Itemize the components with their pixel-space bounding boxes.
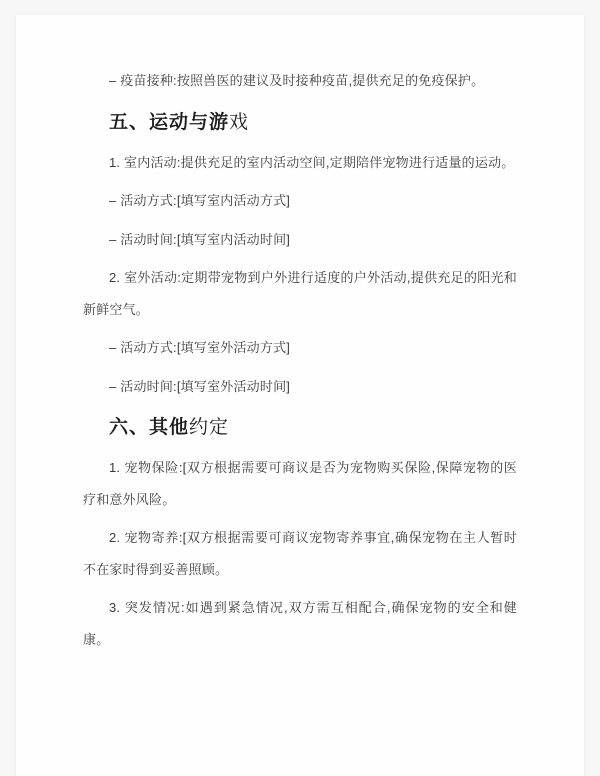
list-item-outdoor-activity-time: – 活动时间:[填写室外活动时间] — [83, 371, 517, 403]
paragraph-pet-boarding: 2. 宠物寄养:[双方根据需要可商议宠物寄养事宜,确保宠物在主人暂时不在家时得到… — [83, 522, 517, 585]
heading-text-regular: 约定 — [189, 417, 229, 438]
heading-text-bold: 六、其他 — [109, 417, 189, 438]
list-item-outdoor-activity-method: – 活动方式:[填写室外活动方式] — [83, 332, 517, 364]
paragraph-indoor-activity: 1. 室内活动:提供充足的室内活动空间,定期陪伴宠物进行适量的运动。 — [83, 147, 517, 179]
paragraph-emergency: 3. 突发情况:如遇到紧急情况,双方需互相配合,确保宠物的安全和健康。 — [83, 592, 517, 655]
paragraph-outdoor-activity: 2. 室外活动:定期带宠物到户外进行适度的户外活动,提供充足的阳光和新鲜空气。 — [83, 262, 517, 325]
list-item-indoor-activity-time: – 活动时间:[填写室内活动时间] — [83, 224, 517, 256]
list-item-indoor-activity-method: – 活动方式:[填写室内活动方式] — [83, 185, 517, 217]
heading-text-bold: 五、运动与游 — [109, 112, 229, 133]
list-item-vaccination: – 疫苗接种:按照兽医的建议及时接种疫苗,提供充足的免疫保护。 — [83, 65, 517, 97]
heading-text-regular: 戏 — [229, 112, 249, 133]
document-page: – 疫苗接种:按照兽医的建议及时接种疫苗,提供充足的免疫保护。 五、运动与游戏 … — [16, 15, 584, 776]
paragraph-pet-insurance: 1. 宠物保险:[双方根据需要可商议是否为宠物购买保险,保障宠物的医疗和意外风险… — [83, 452, 517, 515]
document-content: – 疫苗接种:按照兽医的建议及时接种疫苗,提供充足的免疫保护。 五、运动与游戏 … — [16, 15, 584, 655]
section-heading-exercise-and-play: 五、运动与游戏 — [83, 109, 517, 137]
section-heading-other-agreements: 六、其他约定 — [83, 414, 517, 442]
